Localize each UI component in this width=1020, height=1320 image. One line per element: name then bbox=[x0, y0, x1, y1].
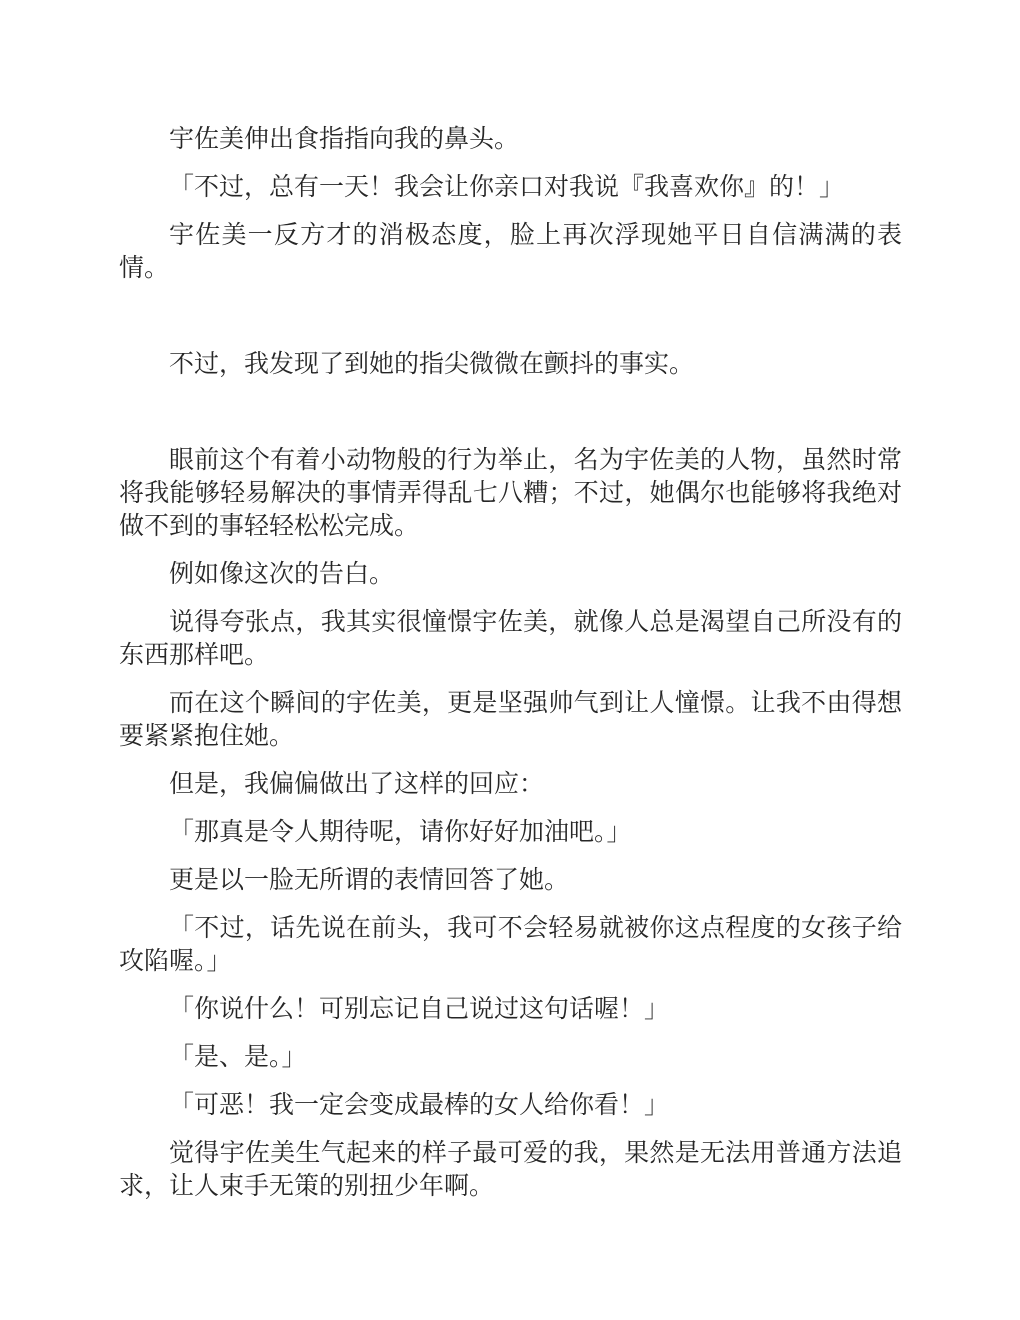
narration-paragraph: 说得夸张点，我其实很憧憬宇佐美，就像人总是渴望自己所没有的东西那样吧。 bbox=[119, 606, 902, 672]
dialogue-paragraph: 「那真是令人期待呢，请你好好加油吧。」 bbox=[119, 816, 902, 849]
narration-paragraph: 眼前这个有着小动物般的行为举止，名为宇佐美的人物，虽然时常将我能够轻易解决的事情… bbox=[119, 444, 902, 543]
dialogue-paragraph: 「是、是。」 bbox=[119, 1041, 902, 1074]
narration-paragraph: 而在这个瞬间的宇佐美，更是坚强帅气到让人憧憬。让我不由得想要紧紧抱住她。 bbox=[119, 687, 902, 753]
narration-paragraph: 更是以一脸无所谓的表情回答了她。 bbox=[119, 864, 902, 897]
narration-paragraph: 宇佐美一反方才的消极态度，脸上再次浮现她平日自信满满的表情。 bbox=[119, 219, 902, 285]
blank-line bbox=[119, 300, 902, 333]
novel-page: 宇佐美伸出食指指向我的鼻头。 「不过，总有一天！我会让你亲口对我说『我喜欢你』的… bbox=[0, 0, 1020, 1320]
narration-paragraph: 不过，我发现了到她的指尖微微在颤抖的事实。 bbox=[119, 348, 902, 381]
blank-line bbox=[119, 396, 902, 429]
dialogue-paragraph: 「可恶！我一定会变成最棒的女人给你看！」 bbox=[119, 1089, 902, 1122]
narration-paragraph: 觉得宇佐美生气起来的样子最可爱的我，果然是无法用普通方法追求，让人束手无策的别扭… bbox=[119, 1137, 902, 1203]
narration-paragraph: 但是，我偏偏做出了这样的回应： bbox=[119, 768, 902, 801]
narration-paragraph: 例如像这次的告白。 bbox=[119, 558, 902, 591]
narration-paragraph: 宇佐美伸出食指指向我的鼻头。 bbox=[119, 123, 902, 156]
dialogue-paragraph: 「你说什么！可别忘记自己说过这句话喔！」 bbox=[119, 993, 902, 1026]
page-background: { "colors": { "background": "#ffffff", "… bbox=[0, 0, 1020, 1320]
dialogue-paragraph: 「不过，总有一天！我会让你亲口对我说『我喜欢你』的！」 bbox=[119, 171, 902, 204]
dialogue-paragraph: 「不过，话先说在前头，我可不会轻易就被你这点程度的女孩子给攻陷喔。」 bbox=[119, 912, 902, 978]
